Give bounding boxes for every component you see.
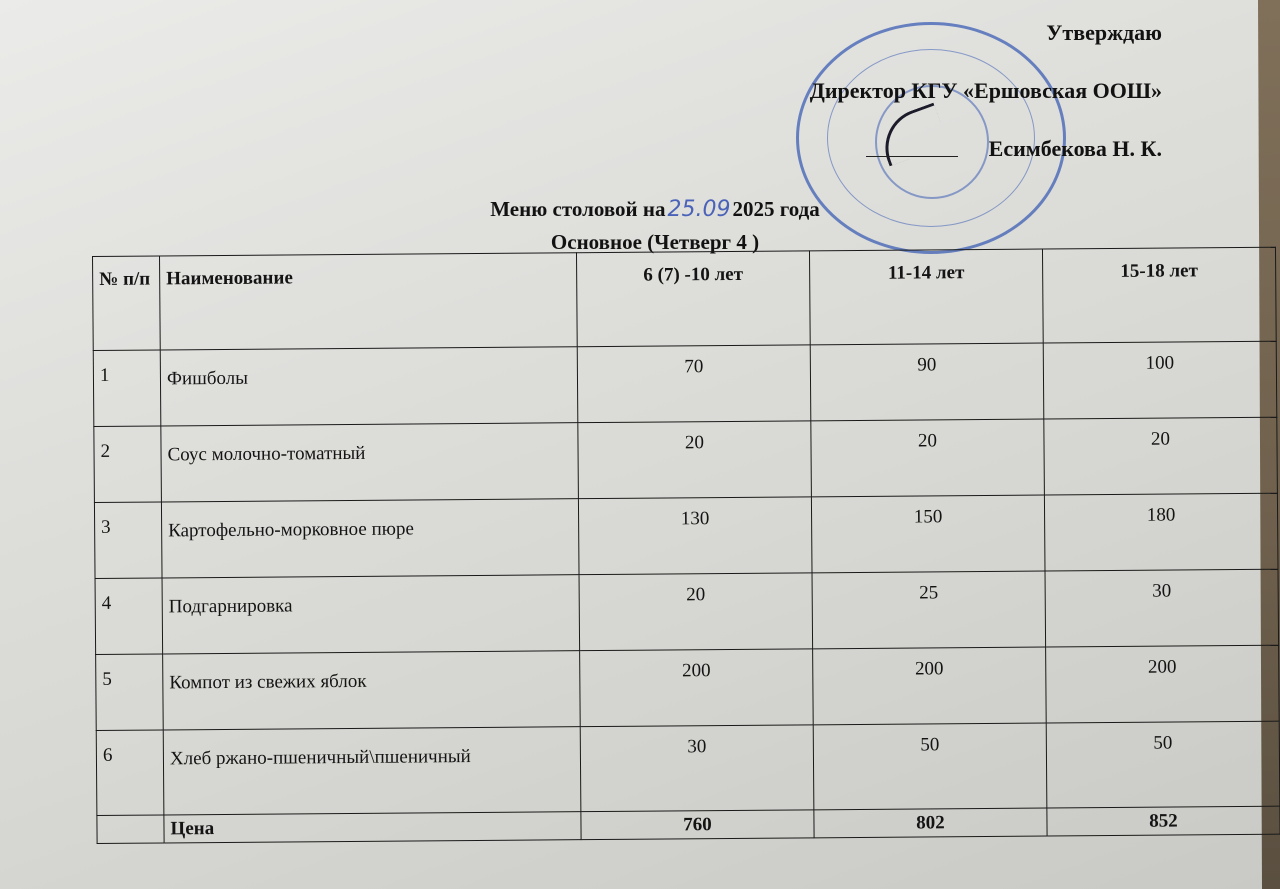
table-row: 4 Подгарнировка 20 25 30 — [95, 569, 1279, 654]
table-row: 2 Соус молочно-томатный 20 20 20 — [94, 417, 1278, 502]
portion-age-15-18: 20 — [1044, 417, 1278, 495]
menu-title-prefix: Меню столовой на — [490, 197, 665, 221]
table-row: 6 Хлеб ржано-пшеничный\пшеничный 30 50 5… — [96, 721, 1280, 815]
header-age-11-14: 11-14 лет — [809, 249, 1043, 345]
menu-table: № п/п Наименование 6 (7) -10 лет 11-14 л… — [92, 247, 1280, 844]
row-number: 2 — [94, 426, 162, 503]
dish-name: Хлеб ржано-пшеничный\пшеничный — [163, 727, 581, 815]
header-number: № п/п — [93, 256, 161, 351]
portion-age-11-14: 50 — [813, 723, 1047, 810]
row-number: 3 — [94, 502, 162, 579]
total-label: Цена — [164, 812, 581, 843]
director-title: Директор КГУ «Ершовская ООШ» — [810, 78, 1162, 104]
menu-title-year: 2025 года — [732, 197, 819, 221]
header-age-15-18: 15-18 лет — [1042, 247, 1276, 343]
row-number: 6 — [96, 730, 164, 816]
price-age-15-18: 852 — [1047, 806, 1280, 836]
portion-age-15-18: 200 — [1046, 645, 1280, 723]
portion-age-15-18: 100 — [1043, 341, 1277, 419]
portion-age-6-10: 130 — [578, 497, 812, 575]
portion-age-15-18: 50 — [1046, 721, 1280, 808]
handwritten-date: 25.09 — [665, 197, 732, 222]
header-name: Наименование — [160, 253, 578, 350]
dish-name: Фишболы — [160, 347, 578, 426]
portion-age-15-18: 30 — [1045, 569, 1279, 647]
total-empty-cell — [97, 815, 164, 844]
dish-name: Подгарнировка — [162, 575, 580, 654]
row-number: 1 — [93, 350, 161, 427]
portion-age-11-14: 20 — [811, 419, 1045, 497]
portion-age-6-10: 30 — [580, 725, 814, 812]
price-age-11-14: 802 — [814, 808, 1047, 838]
table-row: 5 Компот из свежих яблок 200 200 200 — [96, 645, 1280, 730]
signature-line — [866, 156, 958, 157]
portion-age-6-10: 20 — [579, 573, 813, 651]
portion-age-6-10: 200 — [580, 649, 814, 727]
dish-name: Соус молочно-томатный — [161, 423, 579, 502]
portion-age-15-18: 180 — [1044, 493, 1278, 571]
portion-age-11-14: 90 — [810, 343, 1044, 421]
director-name: Есимбекова Н. К. — [989, 136, 1162, 162]
dish-name: Компот из свежих яблок — [163, 651, 581, 730]
portion-age-6-10: 70 — [577, 345, 811, 423]
portion-age-11-14: 25 — [812, 571, 1046, 649]
portion-age-11-14: 150 — [811, 495, 1045, 573]
portion-age-11-14: 200 — [813, 647, 1047, 725]
row-number: 4 — [95, 578, 163, 655]
approval-label: Утверждаю — [1046, 20, 1162, 46]
table-header-row: № п/п Наименование 6 (7) -10 лет 11-14 л… — [93, 247, 1277, 350]
header-age-6-10: 6 (7) -10 лет — [576, 251, 810, 347]
portion-age-6-10: 20 — [578, 421, 812, 499]
dish-name: Картофельно-морковное пюре — [161, 499, 579, 578]
row-number: 5 — [96, 654, 164, 731]
table-row: 1 Фишболы 70 90 100 — [93, 341, 1277, 426]
table-row: 3 Картофельно-морковное пюре 130 150 180 — [94, 493, 1278, 578]
price-age-6-10: 760 — [581, 810, 814, 840]
menu-title: Меню столовой на25.092025 года — [0, 197, 1280, 222]
